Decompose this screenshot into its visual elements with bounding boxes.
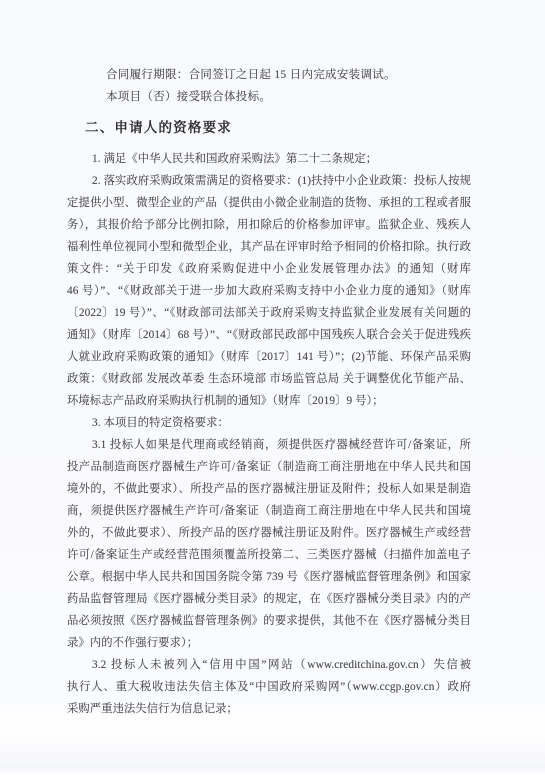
- text-line: 公章。根据中华人民共和国国务院令第 739 号《医疗器械监督管理条例》和国家: [67, 566, 471, 588]
- contract-terms-block: 合同履行期限：合同签订之日起 15 日内完成安装调试。 本项目（否）接受联合体投…: [67, 64, 471, 108]
- text-line: 人就业政府采购政策的通知》（财库〔2017〕141 号）”；(2)节能、环保产品…: [67, 346, 471, 368]
- text-line: 境外的，不做此要求）、所投产品的医疗器械注册证及附件；投标人如果是制造: [67, 478, 471, 500]
- scanned-document-page: 合同履行期限：合同签订之日起 15 日内完成安装调试。 本项目（否）接受联合体投…: [0, 0, 545, 775]
- text-line: 〔2022〕19 号）”、“《财政部司法部关于政府采购支持监狱企业发展有关问题的: [67, 302, 471, 324]
- text-line: 务），其报价给予部分比例扣除，用扣除后的价格参加评审。监狱企业、残疾人: [67, 214, 471, 236]
- text-line: 定提供小型、微型企业的产品（提供由小微企业制造的货物、承担的工程或者服: [67, 192, 471, 214]
- text-line: 3.1 投标人如果是代理商或经销商，须提供医疗器械经营许可/备案证，所: [67, 434, 471, 456]
- text-line: 采购严重违法失信行为信息记录；: [67, 698, 471, 720]
- text-line: 合同履行期限：合同签订之日起 15 日内完成安装调试。: [67, 64, 471, 86]
- text-line: 3.2 投标人未被列入“信用中国”网站（www.creditchina.gov.…: [67, 654, 471, 676]
- text-line: 通知》（财库〔2014〕68 号）”、“《财政部民政部中国残疾人联合会关于促进残…: [67, 324, 471, 346]
- text-line: 政策：《财政部 发展改革委 生态环境部 市场监管总局 关于调整优化节能产品、: [67, 368, 471, 390]
- text-line: 1. 满足《中华人民共和国政府采购法》第二十二条规定；: [67, 148, 471, 170]
- text-line: 环境标志产品政府采购执行机制的通知》（财库〔2019〕9 号）；: [67, 390, 471, 412]
- text-line: 福利性单位视同小型和微型企业，其产品在评审时给予相同的价格扣除。执行政: [67, 236, 471, 258]
- text-line: 品必须按照《医疗器械监督管理条例》的要求提供，其他不在《医疗器械分类目: [67, 610, 471, 632]
- section-heading: 二、申请人的资格要求: [67, 117, 471, 139]
- qualification-requirements-block: 1. 满足《中华人民共和国政府采购法》第二十二条规定； 2. 落实政府采购政策需…: [67, 148, 471, 720]
- text-line: 录》内的不作强行要求）；: [67, 632, 471, 654]
- text-line: 执行人、重大税收违法失信主体及“中国政府采购网”（www.ccgp.gov.cn…: [67, 676, 471, 698]
- text-line: 46 号）”、“《财政部关于进一步加大政府采购支持中小企业力度的通知》（财库: [67, 280, 471, 302]
- document-content: 合同履行期限：合同签订之日起 15 日内完成安装调试。 本项目（否）接受联合体投…: [67, 64, 471, 720]
- text-line: 外的，不做此要求）、所投产品的医疗器械注册证及附件。医疗器械生产或经营: [67, 522, 471, 544]
- text-line: 3. 本项目的特定资格要求：: [67, 412, 471, 434]
- text-line: 商，须提供医疗器械生产许可/备案证（制造商工商注册地在中华人民共和国境: [67, 500, 471, 522]
- text-line: 药品监督管理局《医疗器械分类目录》的规定，在《医疗器械分类目录》内的产: [67, 588, 471, 610]
- text-line: 本项目（否）接受联合体投标。: [67, 86, 471, 108]
- text-line: 投产品制造商医疗器械生产许可/备案证（制造商工商注册地在中华人民共和国: [67, 456, 471, 478]
- text-line: 2. 落实政府采购政策需满足的资格要求：(1)扶持中小企业政策：投标人按规: [67, 170, 471, 192]
- text-line: 许可/备案证生产或经营范围须覆盖所投第二、三类医疗器械（扫描件加盖电子: [67, 544, 471, 566]
- text-line: 策文件：“关于印发《政府采购促进中小企业发展管理办法》的通知（财库〔2020〕: [67, 258, 471, 280]
